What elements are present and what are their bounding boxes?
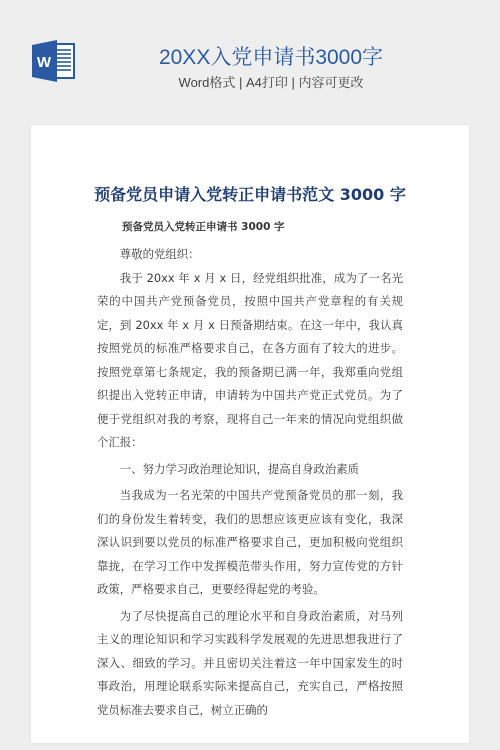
paragraph: 为了尽快提高自己的理论水平和自身政治素质，对马列主义的理论知识和学习实践科学发展… [97, 605, 403, 723]
document-page: 预备党员申请入党转正申请书范文 3000 字 预备党员入党转正申请书 3000 … [31, 125, 469, 743]
document-body: 尊敬的党组织： 我于 20xx 年 x 月 x 日，经党组织批准，成为了一名光荣… [97, 243, 403, 722]
section-heading: 一、努力学习政治理论知识，提高自身政治素质 [97, 458, 403, 482]
paragraph: 我于 20xx 年 x 月 x 日，经党组织批准，成为了一名光荣的中国共产党预备… [97, 267, 403, 455]
banner-title: 20XX入党申请书3000字 [0, 44, 500, 72]
banner-subtitle: Word格式 | A4打印 | 内容可更改 [0, 74, 500, 92]
banner-header: W 20XX入党申请书3000字 Word格式 | A4打印 | 内容可更改 [0, 0, 500, 125]
document-subtitle: 预备党员入党转正申请书 3000 字 [122, 219, 285, 235]
document-title: 预备党员申请入党转正申请书范文 3000 字 [31, 183, 469, 207]
paragraph: 当我成为一名光荣的中国共产党预备党员的那一刻，我们的身份发生着转变，我们的思想应… [97, 484, 403, 602]
salutation: 尊敬的党组织： [97, 243, 403, 267]
